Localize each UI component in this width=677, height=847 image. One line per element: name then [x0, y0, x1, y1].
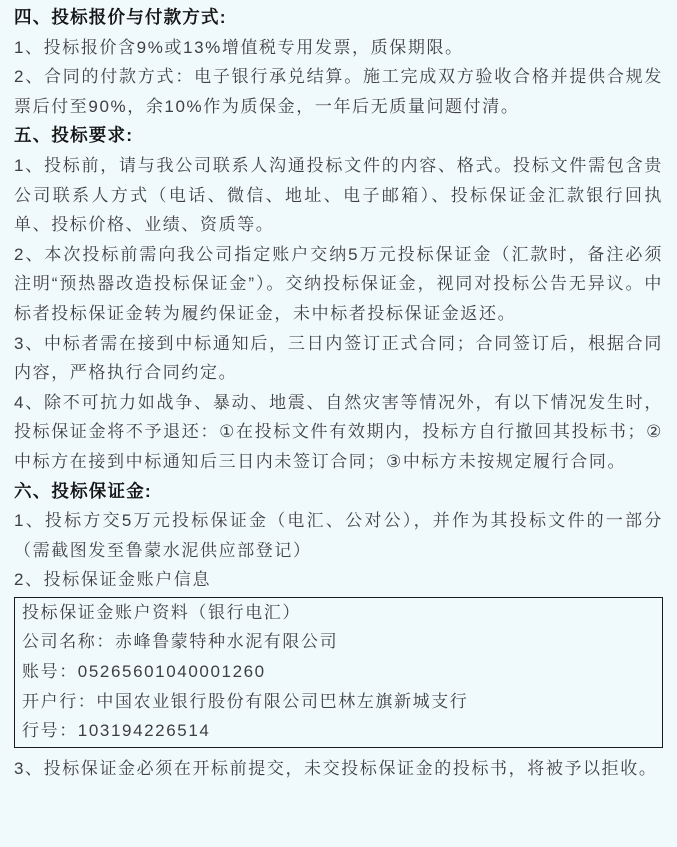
paragraph-invoice-tax: 1、投标报价含9%或13%增值税专用发票，质保期限。 — [14, 33, 663, 63]
paragraph-contract-signing: 3、中标者需在接到中标通知后，三日内签订正式合同；合同签订后，根据合同内容，严格… — [14, 329, 663, 388]
account-box-title: 投标保证金账户资料（银行电汇） — [22, 598, 654, 628]
paragraph-deposit-amount: 1、投标方交5万元投标保证金（电汇、公对公），并作为其投标文件的一部分（需截图发… — [14, 506, 663, 565]
paragraph-deposit-deadline: 3、投标保证金必须在开标前提交，未交投标保证金的投标书，将被予以拒收。 — [14, 754, 663, 784]
account-company-name: 公司名称：赤峰鲁蒙特种水泥有限公司 — [22, 627, 654, 657]
account-bank: 开户行：中国农业银行股份有限公司巴林左旗新城支行 — [22, 687, 654, 717]
paragraph-deposit-payment: 2、本次投标前需向我公司指定账户交纳5万元投标保证金（汇款时，备注必须注明“预热… — [14, 240, 663, 329]
section-heading-bid-deposit: 六、投标保证金: — [14, 477, 663, 507]
paragraph-deposit-forfeit-conditions: 4、除不可抗力如战争、暴动、地震、自然灾害等情况外，有以下情况发生时，投标保证金… — [14, 388, 663, 477]
account-bank-code: 行号：103194226514 — [22, 716, 654, 746]
deposit-account-info-box: 投标保证金账户资料（银行电汇） 公司名称：赤峰鲁蒙特种水泥有限公司 账号：052… — [14, 597, 663, 748]
tender-document: 四、投标报价与付款方式: 1、投标报价含9%或13%增值税专用发票，质保期限。 … — [0, 0, 677, 783]
paragraph-contact-before-bid: 1、投标前，请与我公司联系人沟通投标文件的内容、格式。投标文件需包含贵公司联系人… — [14, 151, 663, 240]
section-heading-bid-requirements: 五、投标要求: — [14, 121, 663, 151]
account-number: 账号：05265601040001260 — [22, 657, 654, 687]
paragraph-payment-method: 2、合同的付款方式：电子银行承兑结算。施工完成双方验收合格并提供合规发票后付至9… — [14, 62, 663, 121]
section-heading-bid-price-payment: 四、投标报价与付款方式: — [14, 3, 663, 33]
paragraph-deposit-account-intro: 2、投标保证金账户信息 — [14, 565, 663, 595]
